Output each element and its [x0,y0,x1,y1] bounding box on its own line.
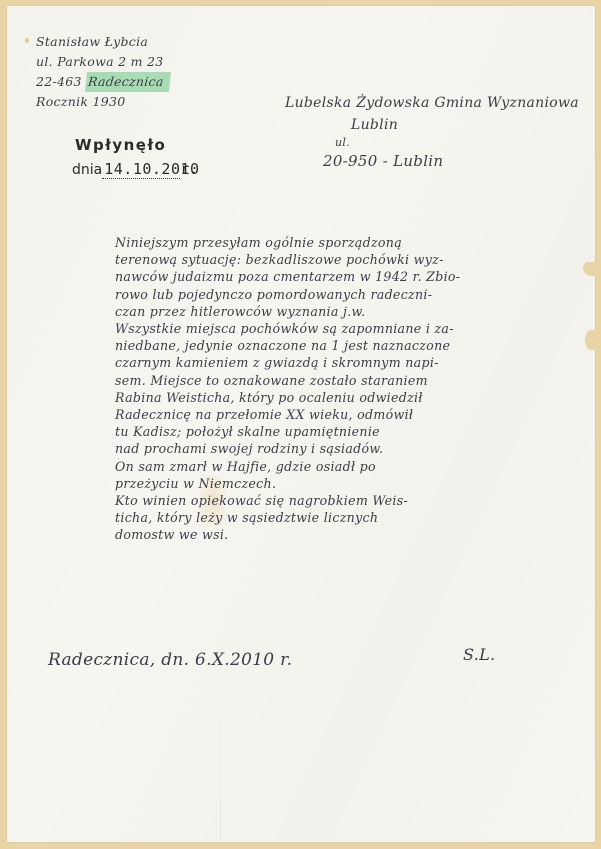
recipient-organization: Lubelska Żydowska Gmina Wyznaniowa [285,92,579,114]
sender-city-line: 22-463 Radecznica [36,72,170,92]
body-line: Niniejszym przesyłam ogólnie sporządzoną [115,234,460,251]
sender-postal-code: 22-463 [36,74,82,89]
body-line: Rabina Weisticha, który po ocaleniu odwi… [115,389,460,406]
recipient-city: Lublin [285,114,579,136]
received-stamp: Wpłynęło dnia14.10.2010r. [72,136,198,179]
sender-city-highlighted: Radecznica [85,72,171,92]
paper-fold [220,720,221,842]
body-line: tu Kadisz; położył skalne upamiętnienie [115,423,460,440]
body-line: domostw we wsi. [115,526,460,543]
paper-tear [585,330,597,350]
recipient-postal-line: 20-950 - Lublin [285,150,579,172]
body-line: czan przez hitlerowców wyznania j.w. [115,303,460,320]
body-line: terenową sytuację: bezkadliszowe pochówk… [115,251,460,268]
body-line: sem. Miejsce to oznakowane zostało stara… [115,372,460,389]
body-line: Radecznicę na przełomie XX wieku, odmówi… [115,406,460,423]
body-line: Wszystkie miejsca pochówków są zapomnian… [115,320,460,337]
closing-place-date: Radecznica, dn. 6.X.2010 r. [48,650,292,670]
body-line: nawców judaizmu poza cmentarzem w 1942 r… [115,268,460,285]
sender-address: Stanisław Łybcia ul. Parkowa 2 m 23 22-4… [36,32,170,112]
recipient-address: Lubelska Żydowska Gmina Wyznaniowa Lubli… [285,92,579,172]
body-line: rowo lub pojedynczo pomordowanych radecz… [115,286,460,303]
body-line: przeżyciu w Niemczech. [115,475,460,492]
stamp-date-prefix: dnia [72,162,102,178]
stamp-title: Wpłynęło [75,136,198,154]
paper-tear [583,262,597,276]
letter-body: Niniejszym przesyłam ogólnie sporządzoną… [115,234,460,544]
stamp-date-suffix: r. [180,160,198,178]
paper-stain [25,38,29,43]
stamp-date-row: dnia14.10.2010r. [72,160,198,179]
sender-name: Stanisław Łybcia [36,32,170,52]
signature: S.L. [463,645,495,664]
body-line: ticha, który leży w sąsiedztwie licznych [115,509,460,526]
body-line: Kto winien opiekować się nagrobkiem Weis… [115,492,460,509]
sender-birth-year: Rocznik 1930 [36,92,170,112]
body-line: czarnym kamieniem z gwiazdą i skromnym n… [115,354,460,371]
stamp-date-value: 14.10.2010 [102,160,180,179]
body-line: On sam zmarł w Hajfie, gdzie osiadł po [115,458,460,475]
body-line: nad prochami swojej rodziny i sąsiadów. [115,440,460,457]
sender-street: ul. Parkowa 2 m 23 [36,52,170,72]
body-line: niedbane, jedynie oznaczone na 1 jest na… [115,337,460,354]
recipient-street: ul. [285,136,579,150]
